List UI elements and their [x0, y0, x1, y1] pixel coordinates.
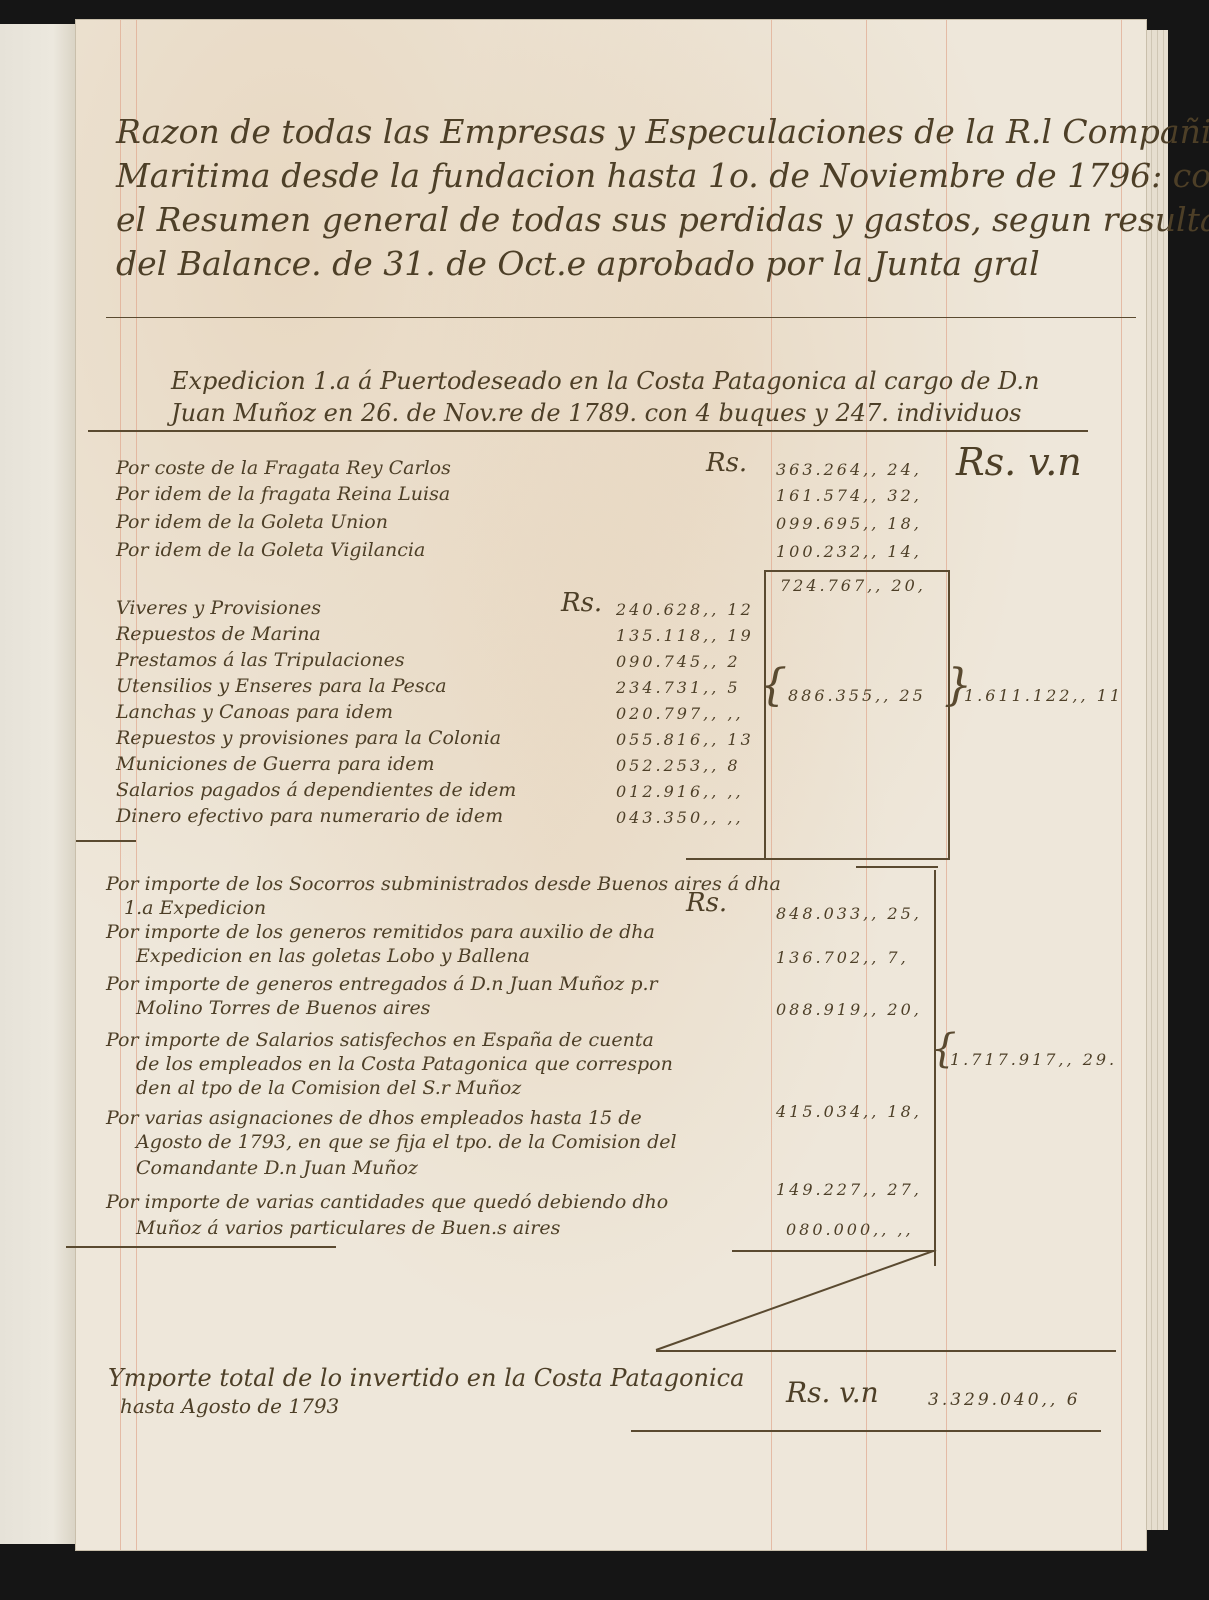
vessel-row-amount: 099.695,, 18,	[776, 514, 922, 533]
currency-header: Rs. v.n	[956, 440, 1082, 484]
page-stack-edges	[1146, 30, 1168, 1530]
vessel-row-label: Por idem de la Goleta Vigilancia	[116, 538, 425, 562]
supply-row-label: Municiones de Guerra para idem	[116, 752, 435, 776]
aid-row-amount: 136.702,, 7,	[776, 948, 909, 967]
supply-row-label: Viveres y Provisiones	[116, 596, 321, 620]
vessels-subtotal: 724.767,, 20,	[780, 576, 926, 595]
aid-row-label: Por importe de los Socorros subministrad…	[106, 872, 781, 896]
grand-total-currency: Rs. v.n	[786, 1376, 879, 1409]
title-line-2: Maritima desde la fundacion hasta 1o. de…	[116, 156, 1209, 195]
supply-row-amount: 012.916,, ,,	[616, 782, 744, 801]
supply-row-label: Lanchas y Canoas para idem	[116, 700, 393, 724]
supply-row-label: Repuestos y provisiones para la Colonia	[116, 726, 501, 750]
rule	[656, 1350, 1116, 1352]
supply-row-amount: 020.797,, ,,	[616, 704, 744, 723]
supply-row-amount: 090.745,, 2	[616, 652, 741, 671]
aid-row-label: Comandante D.n Juan Muñoz	[136, 1156, 418, 1180]
supply-row-label: Prestamos á las Tripulaciones	[116, 648, 405, 672]
aid-row-label: Por importe de generos entregados á D.n …	[106, 972, 658, 996]
supply-row-label: Dinero efectivo para numerario de idem	[116, 804, 503, 828]
group1-total: 1.611.122,, 11	[964, 686, 1123, 705]
aid-row-amount: 848.033,, 25,	[776, 904, 922, 923]
vessel-row-label: Por idem de la fragata Reina Luisa	[116, 482, 450, 506]
connector-diagonal	[646, 1250, 946, 1360]
rule	[66, 1246, 336, 1248]
supply-row-label: Repuestos de Marina	[116, 622, 321, 646]
rule	[686, 858, 950, 860]
aid-row-label: den al tpo de la Comision del S.r Muñoz	[136, 1076, 521, 1100]
vessel-row-label: Por coste de la Fragata Rey Carlos	[116, 456, 451, 480]
aid-row-amount: 415.034,, 18,	[776, 1102, 922, 1121]
aid-row-label: Por importe de varias cantidades que que…	[106, 1190, 668, 1214]
subtotal-box-right	[948, 570, 950, 860]
supply-row-label: Utensilios y Enseres para la Pesca	[116, 674, 447, 698]
supply-row-amount: 240.628,, 12	[616, 600, 754, 619]
supply-row-currency: Rs.	[561, 588, 602, 618]
grand-total-label-line-2: hasta Agosto de 1793	[120, 1394, 339, 1418]
supply-row-amount: 043.350,, ,,	[616, 808, 744, 827]
aid-row-label: Agosto de 1793, en que se fija el tpo. d…	[136, 1130, 677, 1154]
supply-row-amount: 234.731,, 5	[616, 678, 741, 697]
aid-row-amount: 088.919,, 20,	[776, 1000, 922, 1019]
brace: {	[759, 660, 787, 711]
aid-row-label: Por importe de los generos remitidos par…	[106, 920, 655, 944]
vessel-row-currency: Rs.	[706, 448, 747, 478]
aid-row-label: Por importe de Salarios satisfechos en E…	[106, 1028, 654, 1052]
subtotal-box-top	[764, 570, 950, 572]
facing-page-edge	[0, 24, 76, 1544]
subtotal-box-left	[764, 570, 766, 860]
manuscript-page: Razon de todas las Empresas y Especulaci…	[76, 20, 1146, 1550]
aid-row-label: de los empleados en la Costa Patagonica …	[136, 1052, 673, 1076]
supply-row-amount: 055.816,, 13	[616, 730, 754, 749]
vessel-row-amount: 161.574,, 32,	[776, 486, 922, 505]
rule	[631, 1430, 1101, 1432]
title-line-3: el Resumen general de todas sus perdidas…	[116, 200, 1209, 239]
section-heading-line-1: Expedicion 1.a á Puertodeseado en la Cos…	[171, 366, 1040, 396]
aid-row-amount: 149.227,, 27,	[776, 1180, 922, 1199]
title-line-1: Razon de todas las Empresas y Especulaci…	[116, 112, 1209, 151]
aid-row-currency: Rs.	[686, 888, 727, 918]
supplies-subtotal: 886.355,, 25	[788, 686, 926, 705]
grand-total-label-line-1: Ymporte total de lo invertido en la Cost…	[108, 1364, 744, 1392]
aid-row-amount: 080.000,, ,,	[786, 1220, 914, 1239]
heading-underline	[88, 430, 1088, 432]
title-line-4: del Balance. de 31. de Oct.e aprobado po…	[116, 244, 1040, 283]
aid-row-label: 1.a Expedicion	[124, 896, 266, 920]
aid-row-label: Expedicion en las goletas Lobo y Ballena	[136, 944, 530, 968]
supply-row-amount: 052.253,, 8	[616, 756, 741, 775]
aid-row-label: Muñoz á varios particulares de Buen.s ai…	[136, 1216, 560, 1240]
vessel-row-amount: 363.264,, 24,	[776, 460, 922, 479]
vessel-row-amount: 100.232,, 14,	[776, 542, 922, 561]
title-divider	[106, 317, 1136, 318]
group2-total: 1.717.917,, 29.	[950, 1050, 1117, 1069]
aid-row-label: Molino Torres de Buenos aires	[136, 996, 430, 1020]
aid-row-label: Por varias asignaciones de dhos empleado…	[106, 1106, 642, 1130]
grand-total-amount: 3.329.040,, 6	[928, 1390, 1081, 1410]
margin-rule	[1121, 20, 1122, 1550]
vessel-row-label: Por idem de la Goleta Union	[116, 510, 388, 534]
section-heading-line-2: Juan Muñoz en 26. de Nov.re de 1789. con…	[171, 398, 1022, 428]
supply-row-label: Salarios pagados á dependientes de idem	[116, 778, 516, 802]
rule	[856, 866, 938, 868]
rule	[76, 840, 136, 842]
supply-row-amount: 135.118,, 19	[616, 626, 754, 645]
